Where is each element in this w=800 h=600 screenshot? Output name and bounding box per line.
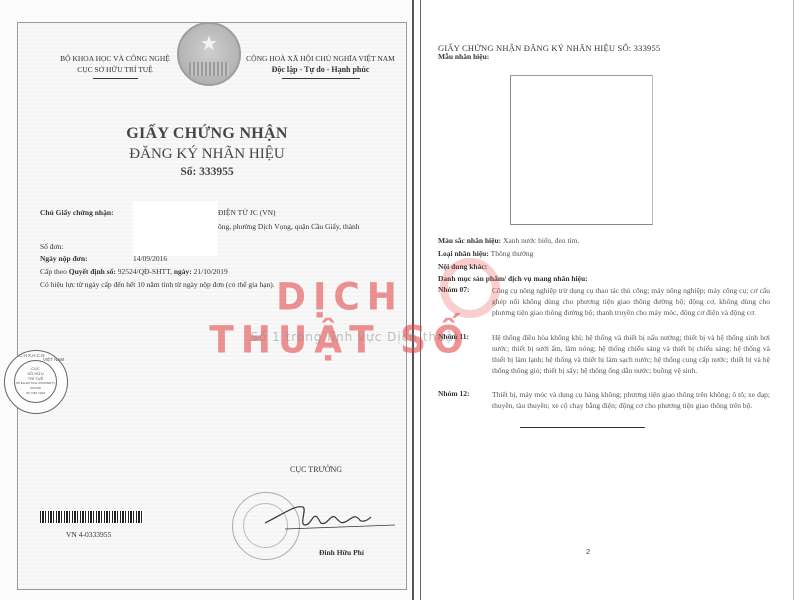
certificate-subtitle: ĐĂNG KÝ NHÃN HIỆU xyxy=(0,146,414,163)
page-number: 2 xyxy=(586,547,590,556)
national-emblem-icon: ★ xyxy=(177,22,241,86)
filing-date-label: Ngày nộp đơn: xyxy=(40,254,88,263)
goods-group-11: Nhóm 11: Hệ thống điều hòa không khí; hệ… xyxy=(438,332,788,376)
national-motto: Độc lập - Tự do - Hạnh phúc xyxy=(238,64,403,75)
signer-title: CỤC TRƯỞNG xyxy=(290,465,342,474)
certificate-number: Số: 333955 xyxy=(0,166,414,178)
application-number-label: Số đơn: xyxy=(40,242,63,251)
signature-icon xyxy=(255,495,405,535)
certificate-title: GIẤY CHỨNG NHẬN xyxy=(0,125,414,143)
country-header: CỘNG HOÀ XÃ HỘI CHỦ NGHĨA VIỆT NAM Độc l… xyxy=(238,53,403,79)
country-name: CỘNG HOÀ XÃ HỘI CHỦ NGHĨA VIỆT NAM xyxy=(238,53,403,64)
end-rule xyxy=(520,427,645,428)
watermark-text: DỊCH THUẬT SỐ xyxy=(190,276,490,362)
mark-color-row: Màu sắc nhãn hiệu: Xanh nước biển, đen t… xyxy=(438,236,579,245)
redacted-area xyxy=(133,201,218,256)
motto-rule xyxy=(282,78,360,79)
office-name: CỤC SỞ HỮU TRÍ TUỆ xyxy=(40,64,190,75)
signer-name: Đinh Hữu Phí xyxy=(319,548,364,557)
goods-group-12: Nhóm 12: Thiết bị, máy móc và dụng cụ hà… xyxy=(438,389,788,411)
certificate-code: VN 4-0333955 xyxy=(66,530,111,539)
official-seal-icon: C.H.X.H.C.N VIỆT NAM CỤC SỞ HỮU TRÍ TUỆ … xyxy=(4,350,68,414)
star-icon: ★ xyxy=(200,34,218,54)
ministry-name: BỘ KHOA HỌC VÀ CÔNG NGHỆ xyxy=(40,53,190,64)
watermark-tagline: Số 1 trong lĩnh vực Dịch thuật xyxy=(230,330,480,344)
owner-value-line2: ông, phường Dịch Vọng, quận Cầu Giấy, th… xyxy=(218,222,360,231)
owner-label: Chủ Giấy chứng nhận: xyxy=(40,208,113,217)
decision-line: Cấp theo Quyết định số: 92524/QĐ-SHTT, n… xyxy=(40,267,228,276)
issuer-header: BỘ KHOA HỌC VÀ CÔNG NGHỆ CỤC SỞ HỮU TRÍ … xyxy=(40,53,190,79)
filing-date-value: 14/09/2016 xyxy=(133,254,167,263)
owner-value-line1: ĐIỆN TỬ JC (VN) xyxy=(218,208,276,217)
header-rule xyxy=(93,78,138,79)
trademark-sample-box xyxy=(510,75,653,225)
barcode-icon xyxy=(40,511,143,523)
mark-sample-label: Mẫu nhãn hiệu: xyxy=(438,52,489,61)
mark-type-row: Loại nhãn hiệu: Thông thường xyxy=(438,249,533,258)
